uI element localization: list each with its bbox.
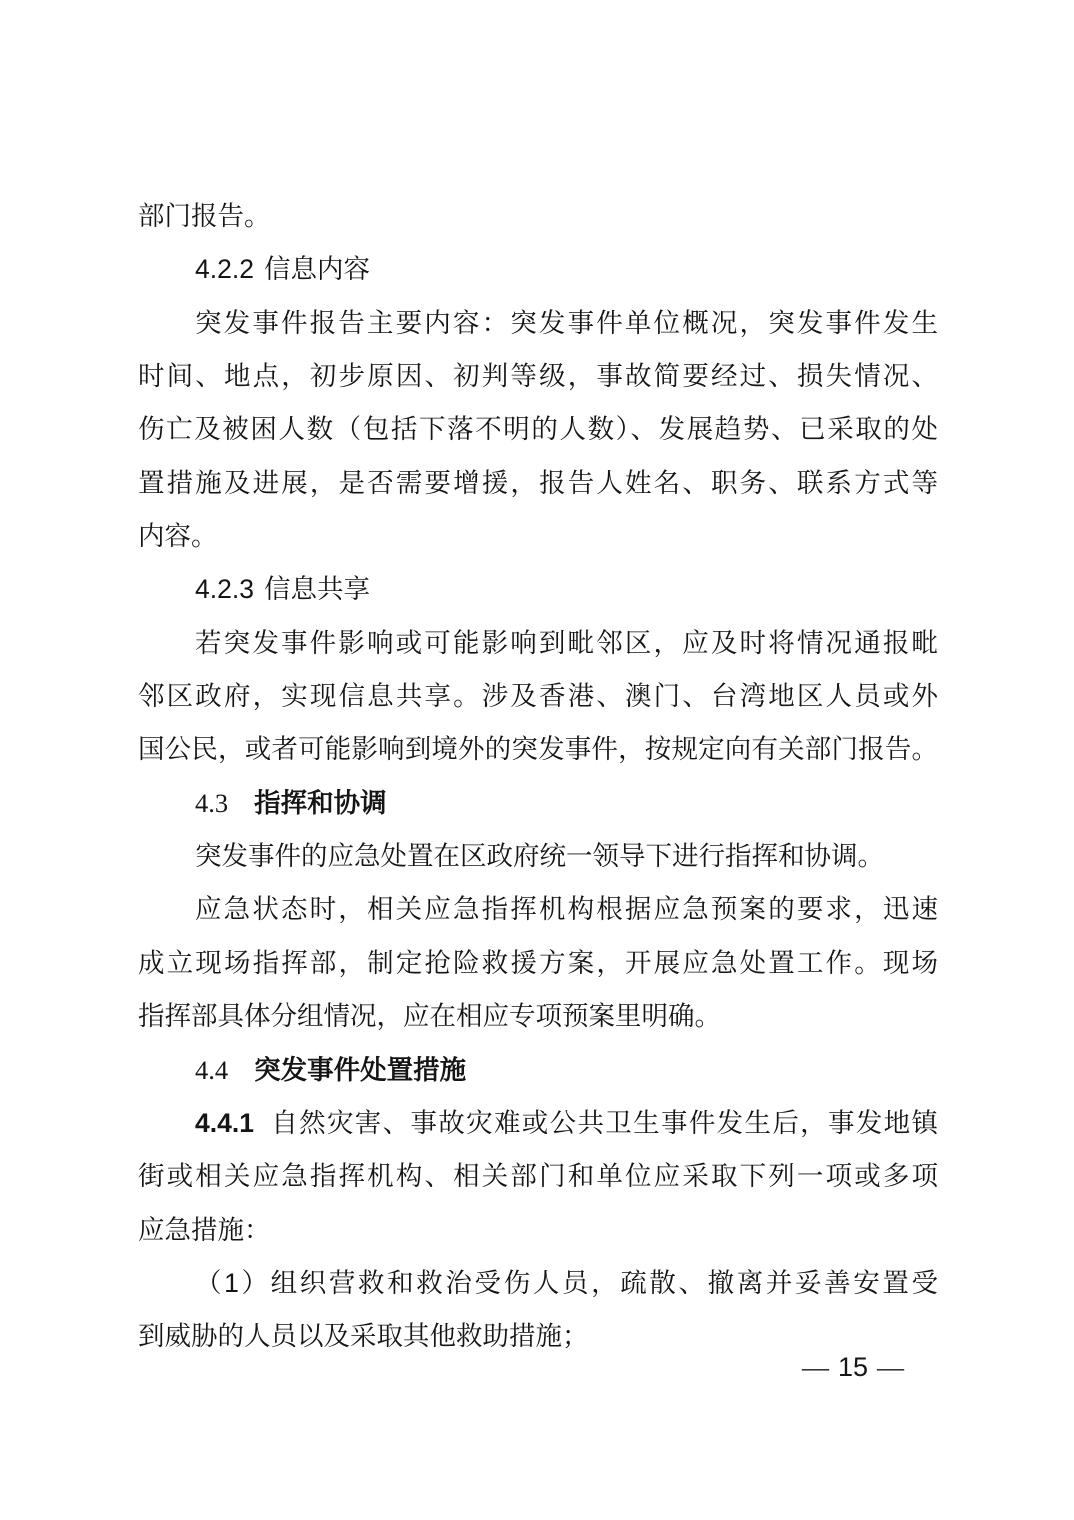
subsection-heading-4-2-2: 4.2.2信息内容: [138, 243, 938, 296]
paragraph-line: （1）组织营救和救治受伤人员，疏散、撤离并妥善安置受: [138, 1257, 938, 1310]
text-segment: 突发事件报告主要内容：突发事件单位概况，突发事件发生: [195, 308, 938, 338]
text-segment: 邻区政府，实现信息共享。涉及香港、澳门、台湾地区人员或外: [138, 681, 938, 711]
paragraph-line: 应急措施：: [138, 1204, 938, 1257]
text-segment: 应急措施：: [138, 1215, 271, 1245]
page-number-dash-left: —: [802, 1352, 829, 1382]
paragraph-line: 应急状态时，相关应急指挥机构根据应急预案的要求，迅速: [138, 883, 938, 936]
text-segment: 指挥部具体分组情况，应在相应专项预案里明确。: [138, 1001, 721, 1031]
subsection-heading-4-2-3: 4.2.3信息共享: [138, 563, 938, 616]
page-number: —15—: [802, 1350, 904, 1384]
paragraph-line: 突发事件报告主要内容：突发事件单位概况，突发事件发生: [138, 297, 938, 350]
text-segment: 指挥和协调: [254, 788, 387, 818]
text-segment: 突发事件的应急处置在区政府统一领导下进行指挥和协调。: [195, 841, 884, 871]
paragraph-line: 若突发事件影响或可能影响到毗邻区，应及时将情况通报毗: [138, 617, 938, 670]
paragraph-line: 突发事件的应急处置在区政府统一领导下进行指挥和协调。: [138, 830, 938, 883]
text-block: 部门报告。4.2.2信息内容突发事件报告主要内容：突发事件单位概况，突发事件发生…: [138, 190, 938, 1364]
text-segment: 国公民，或者可能影响到境外的突发事件，按规定向有关部门报告。: [138, 734, 938, 764]
text-segment: 时间、地点，初步原因、初判等级，事故简要经过、损失情况、: [138, 361, 938, 391]
text-segment: 信息内容: [264, 254, 370, 284]
document-page: 部门报告。4.2.2信息内容突发事件报告主要内容：突发事件单位概况，突发事件发生…: [0, 0, 1074, 1520]
paragraph-line: 时间、地点，初步原因、初判等级，事故简要经过、损失情况、: [138, 350, 938, 403]
text-segment: 街或相关应急指挥机构、相关部门和单位应采取下列一项或多项: [138, 1161, 938, 1191]
section-heading-4-3: 4.3指挥和协调: [138, 777, 938, 830]
paragraph-line: 置措施及进展，是否需要增援，报告人姓名、职务、联系方式等: [138, 457, 938, 510]
page-number-dash-right: —: [877, 1352, 904, 1382]
heading-number: 4.2.2: [195, 254, 254, 284]
text-segment: 到威胁的人员以及采取其他救助措施；: [138, 1321, 589, 1351]
text-segment: 信息共享: [264, 574, 370, 604]
heading-number: 4.2.3: [195, 574, 254, 604]
text-segment: 成立现场指挥部，制定抢险救援方案，开展应急处置工作。现场: [138, 948, 938, 978]
paragraph-line: 部门报告。: [138, 190, 938, 243]
section-heading-4-4: 4.4突发事件处置措施: [138, 1044, 938, 1097]
text-segment: 伤亡及被困人数（包括下落不明的人数）、发展趋势、已采取的处: [138, 414, 938, 444]
heading-number: 4.4: [195, 1055, 228, 1085]
text-segment: 内容。: [138, 521, 218, 551]
text-segment: 部门报告。: [138, 201, 271, 231]
paragraph-line: 成立现场指挥部，制定抢险救援方案，开展应急处置工作。现场: [138, 937, 938, 990]
paragraph-line: 指挥部具体分组情况，应在相应专项预案里明确。: [138, 990, 938, 1043]
paragraph-line: 街或相关应急指挥机构、相关部门和单位应采取下列一项或多项: [138, 1150, 938, 1203]
text-segment: 突发事件处置措施: [254, 1055, 466, 1085]
paragraph-line: 内容。: [138, 510, 938, 563]
paragraph-line: 国公民，或者可能影响到境外的突发事件，按规定向有关部门报告。: [138, 723, 938, 776]
heading-number: 4.3: [195, 788, 228, 818]
page-number-value: 15: [838, 1352, 868, 1382]
text-segment: （: [195, 1268, 224, 1298]
paragraph-line: 4.4.1自然灾害、事故灾难或公共卫生事件发生后，事发地镇: [138, 1097, 938, 1150]
text-segment: ）组织营救和救治受伤人员，疏散、撤离并妥善安置受: [239, 1268, 938, 1298]
paragraph-line: 邻区政府，实现信息共享。涉及香港、澳门、台湾地区人员或外: [138, 670, 938, 723]
heading-number: 自然灾害、事故灾难或公共卫生事件发生后，事发地镇: [270, 1108, 938, 1138]
heading-number: 4.4.1: [195, 1108, 254, 1138]
text-segment: 应急状态时，相关应急指挥机构根据应急预案的要求，迅速: [195, 894, 938, 924]
text-segment: 若突发事件影响或可能影响到毗邻区，应及时将情况通报毗: [195, 628, 938, 658]
paragraph-line: 伤亡及被困人数（包括下落不明的人数）、发展趋势、已采取的处: [138, 403, 938, 456]
text-segment: 置措施及进展，是否需要增援，报告人姓名、职务、联系方式等: [138, 468, 938, 498]
text-segment: 1: [224, 1268, 239, 1298]
